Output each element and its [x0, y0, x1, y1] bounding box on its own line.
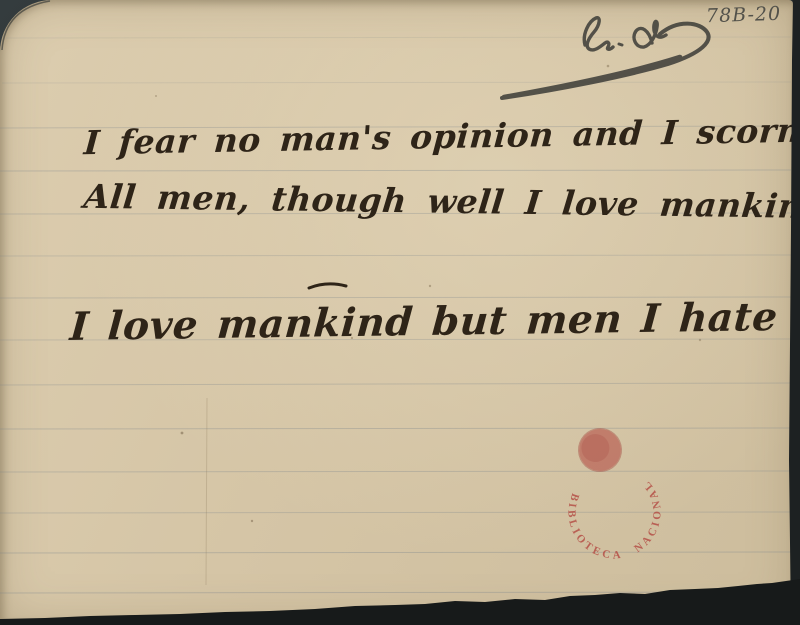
- manuscript-scan: I fear no man's opinion and I scorn All …: [0, 0, 800, 625]
- corner-edge-shade: [2, 1, 50, 50]
- torn-edge-overlay: [0, 0, 800, 625]
